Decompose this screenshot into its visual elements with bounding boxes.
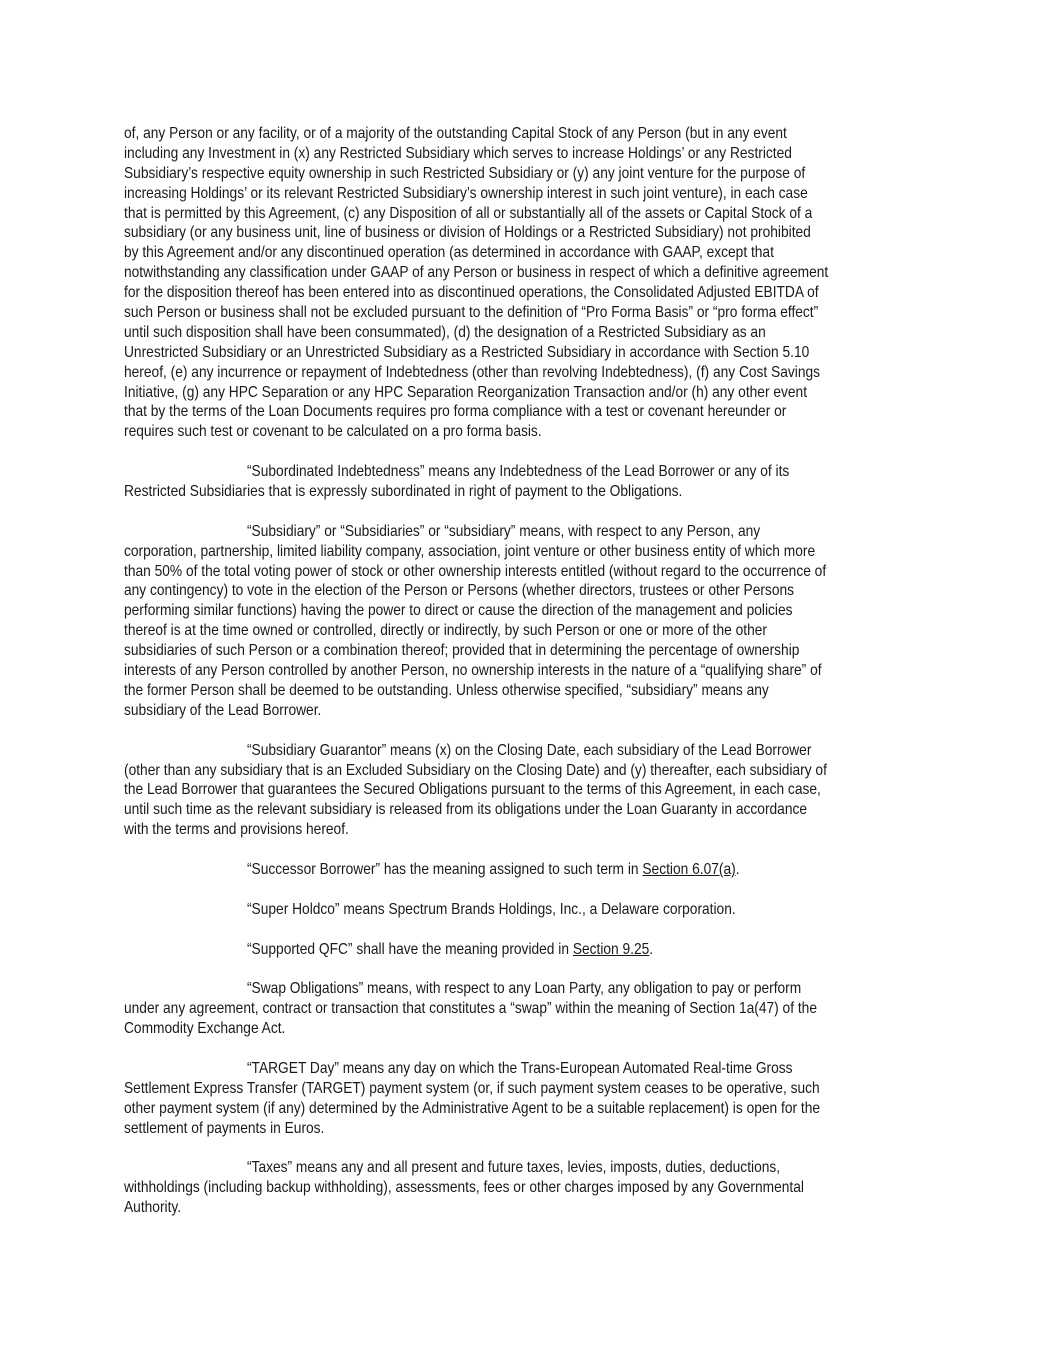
text-line: Subsidiary’s respective equity ownership… bbox=[124, 164, 829, 184]
definition-text: . bbox=[649, 941, 653, 958]
text-line: Settlement Express Transfer (TARGET) pay… bbox=[124, 1079, 829, 1099]
text-line: withholdings (including backup withholdi… bbox=[124, 1178, 829, 1198]
text-line: requires such test or covenant to be cal… bbox=[124, 422, 829, 442]
text-line: until such time as the relevant subsidia… bbox=[124, 800, 829, 820]
definition-taxes: “Taxes” means any and all present and fu… bbox=[124, 1158, 944, 1218]
text-line: “Taxes” means any and all present and fu… bbox=[124, 1158, 829, 1178]
text-line: “Swap Obligations” means, with respect t… bbox=[124, 979, 829, 999]
text-line: thereof is at the time owned or controll… bbox=[124, 621, 829, 641]
text-line: notwithstanding any classification under… bbox=[124, 263, 829, 283]
text-line: interests of any Person controlled by an… bbox=[124, 661, 829, 681]
text-line: hereof, (e) any incurrence or repayment … bbox=[124, 363, 829, 383]
definition-text: . bbox=[736, 861, 740, 878]
text-line: increasing Holdings’ or its relevant Res… bbox=[124, 184, 829, 204]
definition-super-holdco: “Super Holdco” means Spectrum Brands Hol… bbox=[124, 900, 944, 920]
text-line: “Successor Borrower” has the meaning ass… bbox=[124, 860, 829, 880]
text-line: with the terms and provisions hereof. bbox=[124, 820, 829, 840]
text-line: “TARGET Day” means any day on which the … bbox=[124, 1059, 829, 1079]
text-line: “Subsidiary Guarantor” means (x) on the … bbox=[124, 741, 829, 761]
paragraph-pro-forma-continuation: of, any Person or any facility, or of a … bbox=[124, 124, 944, 442]
text-line: Unrestricted Subsidiary or an Unrestrict… bbox=[124, 343, 829, 363]
text-line: Authority. bbox=[124, 1198, 829, 1218]
text-line: Commodity Exchange Act. bbox=[124, 1019, 829, 1039]
text-line: subsidiaries of such Person or a combina… bbox=[124, 641, 829, 661]
text-line: “Super Holdco” means Spectrum Brands Hol… bbox=[124, 900, 829, 920]
text-line: Initiative, (g) any HPC Separation or an… bbox=[124, 383, 829, 403]
section-6-07a-reference-link[interactable]: Section 6.07(a) bbox=[642, 861, 735, 878]
definition-subsidiary: “Subsidiary” or “Subsidiaries” or “subsi… bbox=[124, 522, 944, 721]
definition-text: “Supported QFC” shall have the meaning p… bbox=[247, 941, 573, 958]
text-line: “Subordinated Indebtedness” means any In… bbox=[124, 462, 829, 482]
text-line: than 50% of the total voting power of st… bbox=[124, 562, 829, 582]
text-line: “Supported QFC” shall have the meaning p… bbox=[124, 940, 829, 960]
text-line: including any Investment in (x) any Rest… bbox=[124, 144, 829, 164]
definition-successor-borrower: “Successor Borrower” has the meaning ass… bbox=[124, 860, 944, 880]
text-line: under any agreement, contract or transac… bbox=[124, 999, 829, 1019]
text-line: that is permitted by this Agreement, (c)… bbox=[124, 204, 829, 224]
text-line: settlement of payments in Euros. bbox=[124, 1119, 829, 1139]
text-line: that by the terms of the Loan Documents … bbox=[124, 402, 829, 422]
definition-text: “Successor Borrower” has the meaning ass… bbox=[247, 861, 642, 878]
text-line: corporation, partnership, limited liabil… bbox=[124, 542, 829, 562]
text-line: such Person or business shall not be exc… bbox=[124, 303, 829, 323]
text-line: until such disposition shall have been c… bbox=[124, 323, 829, 343]
text-line: the Lead Borrower that guarantees the Se… bbox=[124, 780, 829, 800]
definition-subsidiary-guarantor: “Subsidiary Guarantor” means (x) on the … bbox=[124, 741, 944, 840]
document-body: of, any Person or any facility, or of a … bbox=[124, 124, 944, 1238]
document-page: of, any Person or any facility, or of a … bbox=[0, 0, 1055, 1365]
definition-subordinated-indebtedness: “Subordinated Indebtedness” means any In… bbox=[124, 462, 944, 502]
text-line: by this Agreement and/or any discontinue… bbox=[124, 243, 829, 263]
text-line: the former Person shall be deemed to be … bbox=[124, 681, 829, 701]
text-line: other payment system (if any) determined… bbox=[124, 1099, 829, 1119]
text-line: of, any Person or any facility, or of a … bbox=[124, 124, 829, 144]
text-line: (other than any subsidiary that is an Ex… bbox=[124, 761, 829, 781]
definition-target-day: “TARGET Day” means any day on which the … bbox=[124, 1059, 944, 1139]
text-line: performing similar functions) having the… bbox=[124, 601, 829, 621]
definition-swap-obligations: “Swap Obligations” means, with respect t… bbox=[124, 979, 944, 1039]
text-line: “Subsidiary” or “Subsidiaries” or “subsi… bbox=[124, 522, 829, 542]
definition-supported-qfc: “Supported QFC” shall have the meaning p… bbox=[124, 940, 944, 960]
text-line: any contingency) to vote in the election… bbox=[124, 581, 829, 601]
text-line: for the disposition thereof has been ent… bbox=[124, 283, 829, 303]
text-line: subsidiary of the Lead Borrower. bbox=[124, 701, 829, 721]
text-line: subsidiary (or any business unit, line o… bbox=[124, 223, 829, 243]
text-line: Restricted Subsidiaries that is expressl… bbox=[124, 482, 829, 502]
section-9-25-reference-link[interactable]: Section 9.25 bbox=[573, 941, 649, 958]
